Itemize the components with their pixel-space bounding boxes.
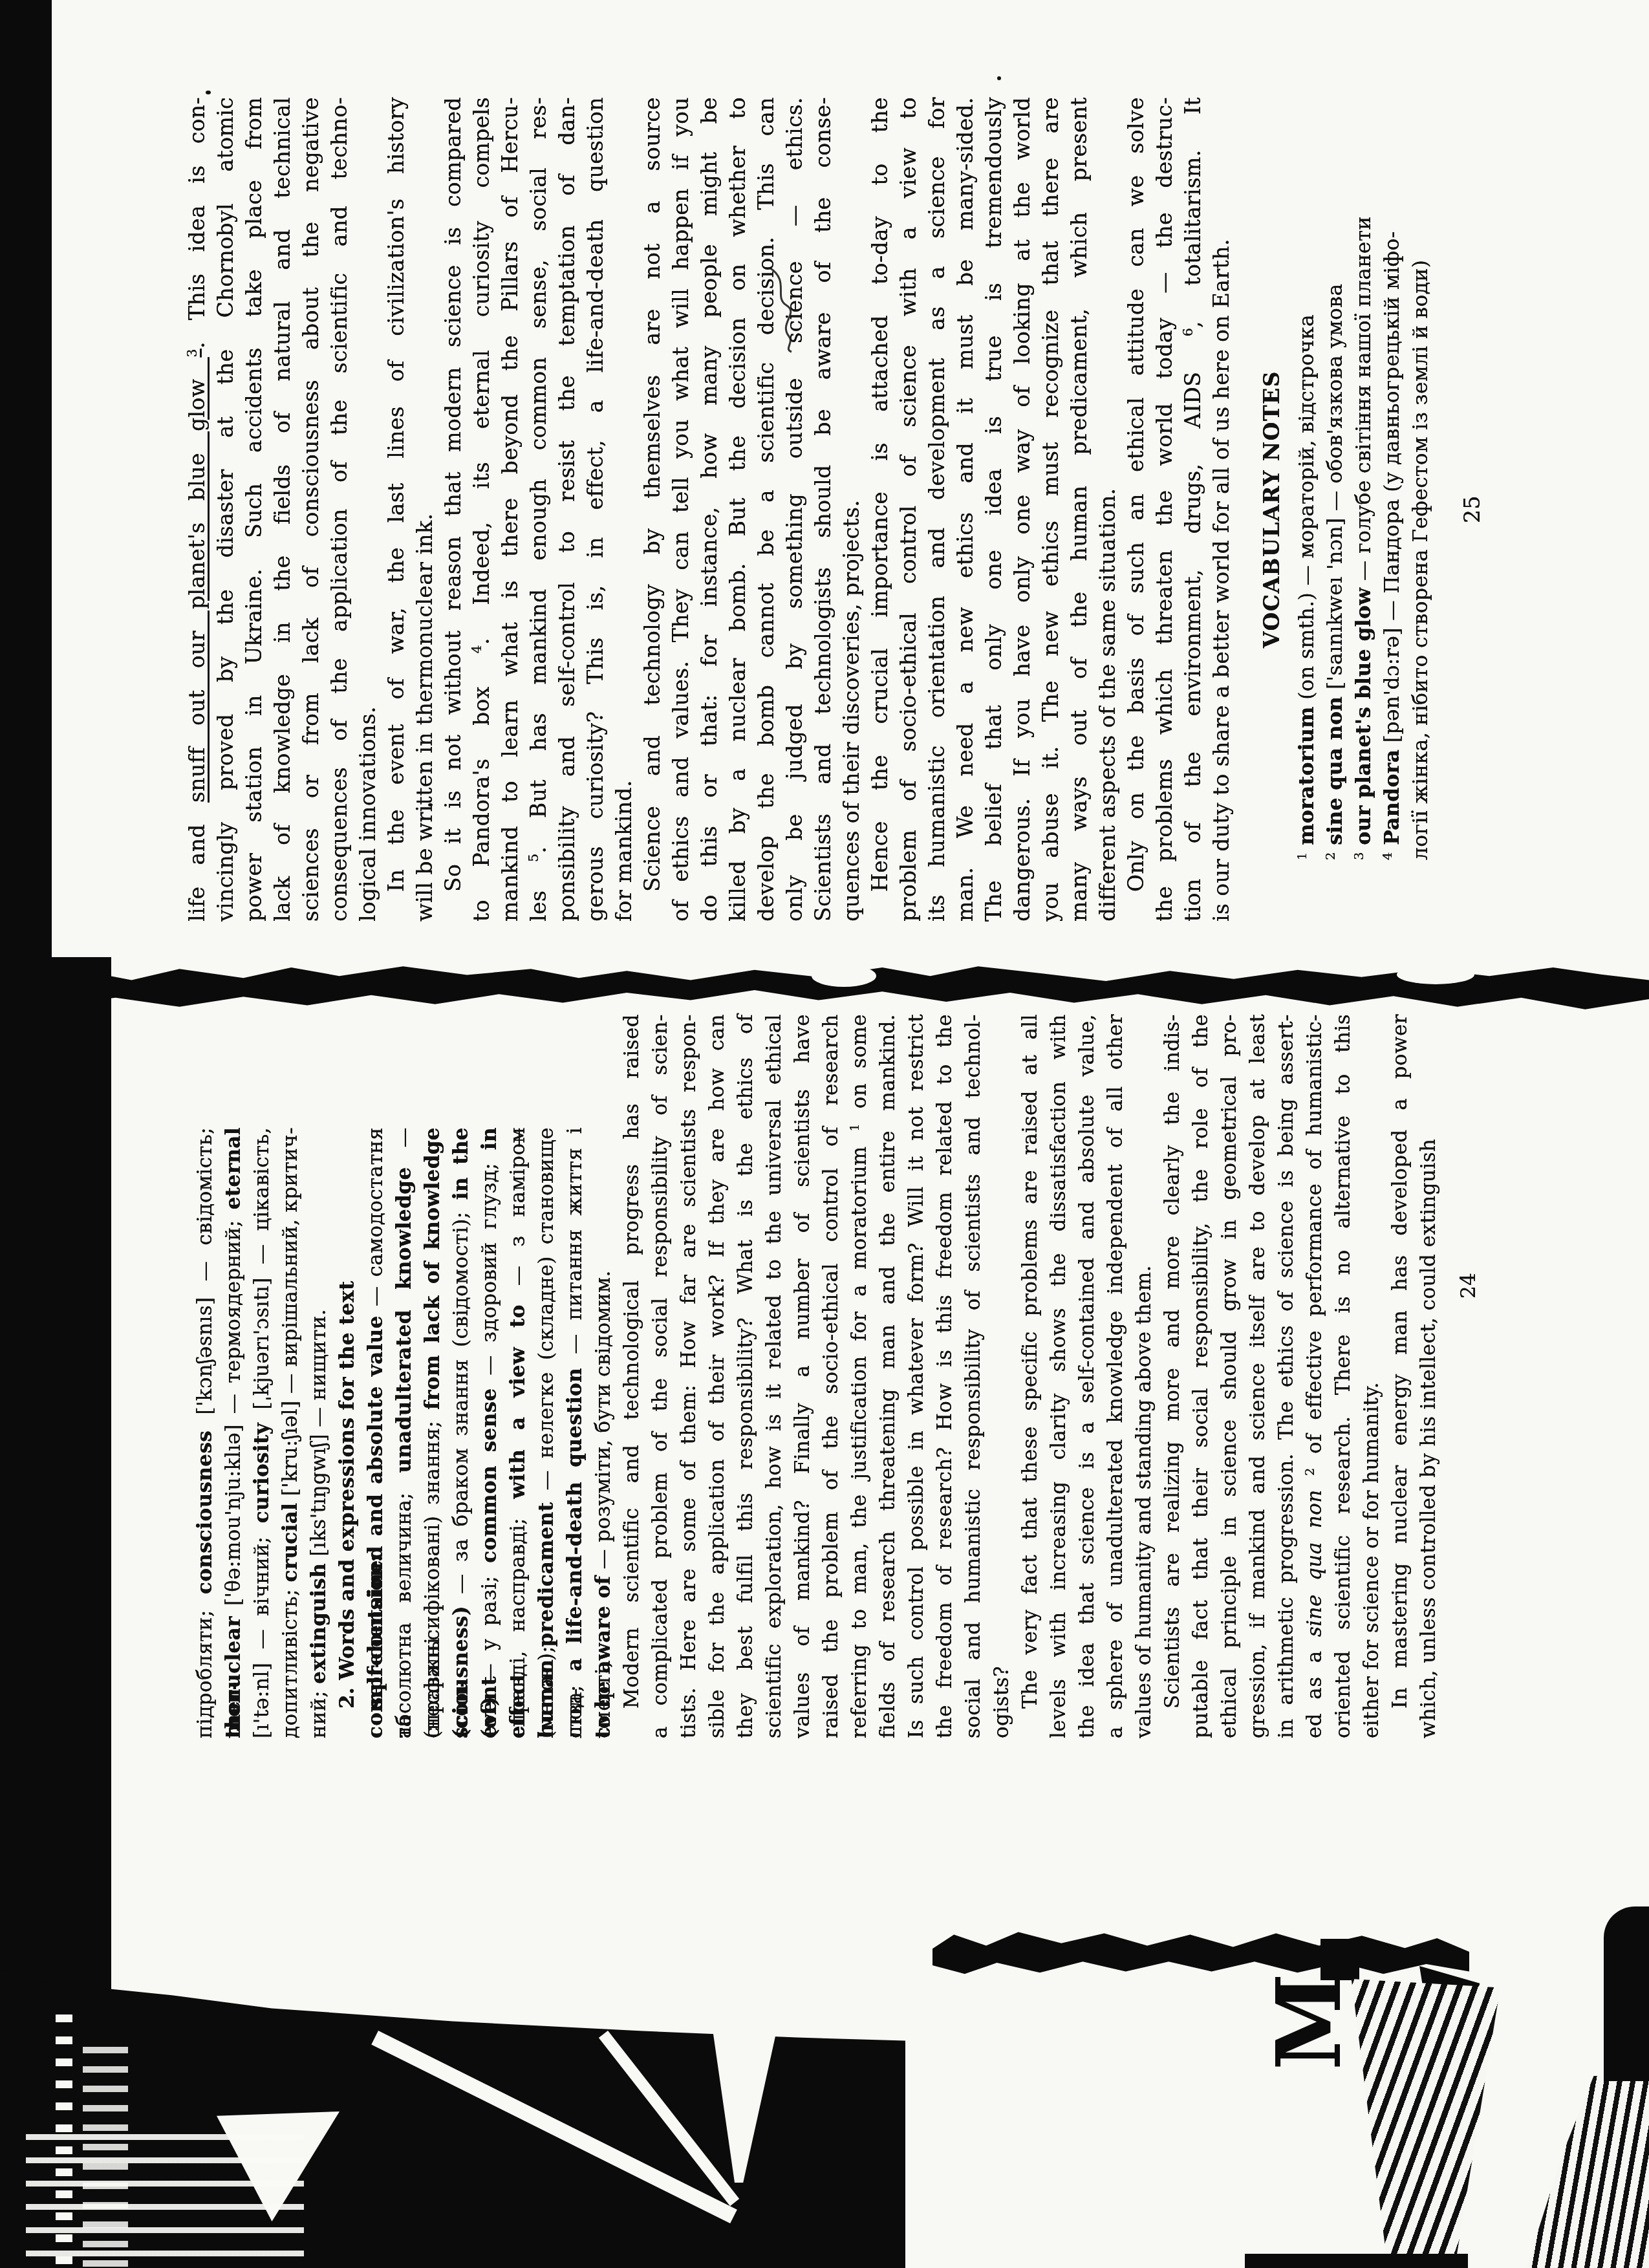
page-25: life and snuff out our planet's blue glo… xyxy=(50,19,1487,941)
text-line: the freedom of research? How is this fre… xyxy=(931,1014,959,1738)
book-page-edges-hatch xyxy=(1348,1979,1500,2268)
text-line: gerous curiosity? This is, in effect, a … xyxy=(581,97,610,922)
text-line: putable fact that their social responsib… xyxy=(1187,1014,1215,1738)
scanned-document-canvas: life and snuff out our planet's blue glo… xyxy=(0,0,1649,2268)
scan-speckle-strip xyxy=(83,2047,128,2268)
text-line: a sphere of unadulterated knowledge inde… xyxy=(1101,1014,1130,1738)
text-line: of ethics and values. They can tell you … xyxy=(667,97,695,922)
text-line: 1 moratorium (on smth.) — мораторій, від… xyxy=(1293,97,1321,860)
text-line: the problems which threaten the world to… xyxy=(1150,97,1179,922)
text-line: tists. Here are some of them: How far ar… xyxy=(674,1014,703,1738)
text-line: les 5. But has mankind enough common sen… xyxy=(524,97,553,922)
scan-speckle-strip xyxy=(56,2014,72,2268)
text-line: referring to man, the justification for … xyxy=(845,1014,874,1738)
text-line: gression, if mankind and science itself … xyxy=(1244,1014,1272,1738)
scan-bottom-strip xyxy=(1245,2254,1468,2268)
text-line: The belief that only one idea is true is… xyxy=(980,97,1008,922)
section-heading: 2. Words and expressions for the text co… xyxy=(333,1014,361,1738)
ink-speck xyxy=(206,91,211,94)
text-line: raised the problem of the socio-ethical … xyxy=(817,1014,845,1738)
text-line: do this or that: for instance, how many … xyxy=(695,97,724,922)
text-line: in arithmetic progression. The ethics of… xyxy=(1272,1014,1300,1738)
text-line: 2 sine qua non ['saınıkweı 'nɔn] — обов'… xyxy=(1321,97,1350,860)
text-line: логії жінка, нібито створена Гефестом із… xyxy=(1406,97,1435,860)
text-line: допитливість; crucial ['kru:ʃıəl] — вирі… xyxy=(276,1014,305,1738)
cover-letter: М xyxy=(1264,1973,1355,2070)
text-line: develop the bomb cannot be a scientific … xyxy=(752,97,781,922)
text-line: підробляти; consciousness ['kɔnʃəsnıs] —… xyxy=(191,1014,219,1738)
text-line: [ı'tə:nl] — вічний; curiosity [ˌkjuərı'ɔ… xyxy=(248,1014,276,1738)
text-line: scientific exploration, how is it relate… xyxy=(760,1014,788,1738)
text-line: to be aware of — розуміти, бути свідомим… xyxy=(589,1014,618,1738)
text-line: ed as a sine qua non 2 of effective perf… xyxy=(1300,1014,1329,1738)
text-line: 3 our planet's blue glow — голубе світін… xyxy=(1350,97,1378,860)
text-line: справді, насправді; with a view to — з н… xyxy=(504,1014,532,1738)
text-line: social and humanistic responsibility of … xyxy=(959,1014,987,1738)
vocabulary-notes-heading: VOCABULARY NOTES xyxy=(1258,97,1286,922)
book-page-edges-hatch xyxy=(1526,2076,1649,2268)
text-line: sciences or from lack of consciousness a… xyxy=(297,97,325,922)
text-line: Modern scientific and technological prog… xyxy=(618,1014,646,1738)
text-line: values of mankind? Finally a number of s… xyxy=(788,1014,817,1738)
scan-left-edge-top xyxy=(0,0,52,970)
page-24: підробляти; consciousness ['kɔnʃəsnıs] —… xyxy=(94,1009,1483,2016)
page-number: 25 xyxy=(1458,97,1487,922)
text-line: In mastering nuclear energy man has deve… xyxy=(1386,1014,1414,1738)
text-line: mankind to learn what is there beyond th… xyxy=(496,97,524,922)
page-number: 24 xyxy=(1454,1014,1483,1738)
gutter-notch xyxy=(1397,965,1474,984)
text-line: consequences of the application of the s… xyxy=(325,97,354,922)
text-line: (несфальсифіковані) знання; from lack of… xyxy=(418,1014,447,1738)
text-line: ний; extinguish [ıks'tıŋgwıʃ] — нищити. xyxy=(305,1014,333,1738)
text-line: monuclear ['θə:mou'nju:klıə] — термоядер… xyxy=(219,1014,248,1738)
text-line: vincingly proved by the disaster at the … xyxy=(211,97,240,922)
text-line: quences of their discoveries, projects. xyxy=(837,97,866,922)
text-line: human predicament — нелегке (складне) ст… xyxy=(532,1014,561,1738)
text-line: tion of the environment, drugs, AIDS 6, … xyxy=(1179,97,1207,922)
text-line: In the event of war, the last lines of c… xyxy=(382,97,411,922)
text-line: fields of research threatening man and t… xyxy=(874,1014,902,1738)
text-line: 4 Pandora [pən'dɔ:rə] — Пандора (у давнь… xyxy=(1378,97,1406,860)
text-line: levels with increasing clarity shows the… xyxy=(1044,1014,1073,1738)
text-line: sible for the application of their work?… xyxy=(703,1014,731,1738)
text-line: you abuse it. The new ethics must recogn… xyxy=(1037,97,1065,922)
text-line: logical innovations. xyxy=(354,97,382,922)
text-line: only be judged by something outside scie… xyxy=(781,97,809,922)
text-line: man. We need a new ethics and it must be… xyxy=(951,97,980,922)
text-line: problem of socio-ethical control of scie… xyxy=(894,97,923,922)
text-line: sciousness) — за браком знання (свідомос… xyxy=(447,1014,475,1738)
text-line: many ways out of the human predicament, … xyxy=(1065,97,1094,922)
book-cover-corner xyxy=(1604,1906,1649,2081)
text-line: Scientists and technologists should be a… xyxy=(809,97,837,922)
gutter-notch xyxy=(812,965,876,987)
text-line: ponsibility and self-control to resist t… xyxy=(553,97,581,922)
text-line: self-contained and absolute value — само… xyxy=(361,1014,390,1738)
ink-speck xyxy=(997,76,1001,80)
text-line: Scientists are realizing more and more c… xyxy=(1158,1014,1187,1738)
text-line: Is such control possible in whatever for… xyxy=(902,1014,931,1738)
text-line: to Pandora's box 4. Indeed, its eternal … xyxy=(468,97,496,922)
text-line: a complicated problem of the social resp… xyxy=(646,1014,674,1738)
text-line: its humanistic orientation and developme… xyxy=(923,97,951,922)
handwritten-annotation xyxy=(762,264,804,354)
text-line: ogists? xyxy=(987,1014,1016,1738)
scan-left-edge-bottom xyxy=(0,957,111,2031)
text-line: абсолютна величина; unadulterated knowle… xyxy=(390,1014,418,1738)
text-line: the idea that science is a self-containe… xyxy=(1073,1014,1101,1738)
text-line: they best fulfil this responsibility? Wh… xyxy=(731,1014,760,1738)
text-line: which, unless controlled by his intellec… xyxy=(1414,1014,1443,1738)
text-line: power station in Ukraine. Such accidents… xyxy=(240,97,268,922)
text-line: ethical principle in science should grow… xyxy=(1215,1014,1244,1738)
text-line: Only on the basis of such an ethical att… xyxy=(1122,97,1150,922)
text-line: different aspects of the same situation. xyxy=(1094,97,1122,922)
text-line: dangerous. If you have only one way of l… xyxy=(1008,97,1037,922)
text-line: is our duty to share a better world for … xyxy=(1207,97,1236,922)
text-line: for mankind. xyxy=(610,97,638,922)
text-line: oriented scientific research. There is n… xyxy=(1329,1014,1357,1738)
text-line: life and snuff out our planet's blue glo… xyxy=(183,97,211,922)
text-line: killed by a nuclear bomb. But the decisi… xyxy=(724,97,752,922)
ink-speck xyxy=(428,803,433,806)
text-line: will be written in thermonuclear ink. xyxy=(411,97,439,922)
text-line: So it is not without reason that modern … xyxy=(439,97,468,922)
cover-letter-glyph: М xyxy=(1258,1973,1361,2071)
text-line: (of) — у разі; common sense — здоровий г… xyxy=(475,1014,504,1738)
text-line: values of humanity and standing above th… xyxy=(1130,1014,1158,1738)
text-line: Hence the crucial importance is attached… xyxy=(866,97,894,922)
text-line: ства; a life-and-death question — питанн… xyxy=(561,1014,589,1738)
text-line: Science and technology by themselves are… xyxy=(638,97,667,922)
text-line: either for science or for humanity. xyxy=(1357,1014,1386,1738)
text-line: The very fact that these specific proble… xyxy=(1016,1014,1044,1738)
text-line: lack of knowledge in the fields of natur… xyxy=(268,97,297,922)
